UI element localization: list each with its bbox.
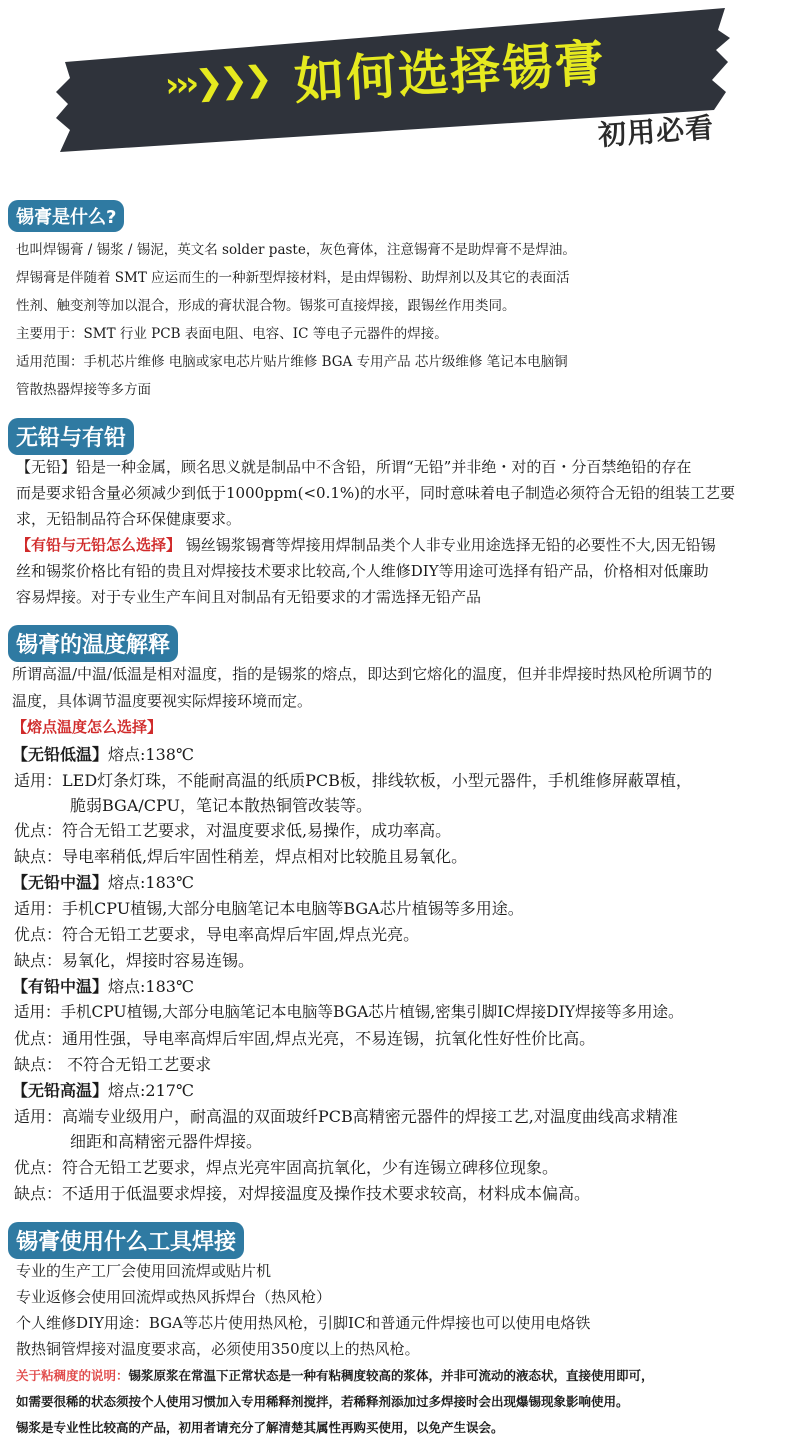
paragraph-line: 而是要求铅含量必须减少到低于1000ppm(<0.1%)的水平，同时意味着电子制… <box>16 482 735 503</box>
grade-pro: 优点：符合无铅工艺要求，导电率高焊后牢固,焊点光亮。 <box>14 922 419 945</box>
con-text: 不符合无铅工艺要求 <box>62 1055 211 1074</box>
use-text: LED灯条灯珠，不能耐高温的纸质PCB板，排线软板，小型元器件，手机维修屏蔽罩植… <box>62 771 692 790</box>
note-label: 关于粘稠度的说明： <box>16 1368 129 1383</box>
paragraph-line: 焊锡膏是伴随着 SMT 应运而生的一种新型焊接材料，是由焊锡粉、助焊剂以及其它的… <box>16 266 570 286</box>
paragraph-line: 管散热器焊接等多方面 <box>16 378 151 398</box>
pro-label: 优点： <box>14 1029 62 1048</box>
grade-use: 适用：LED灯条灯珠，不能耐高温的纸质PCB板，排线软板，小型元器件，手机维修屏… <box>14 768 692 791</box>
paragraph-line: 如需要很稀的状态须按个人使用习惯加入专用稀释剂搅拌，若稀释剂添加过多焊接时会出现… <box>16 1392 629 1410</box>
grade-title: 【无铅中温】熔点:183℃ <box>12 870 194 893</box>
section-heading-tools: 锡膏使用什么工具焊接 <box>8 1222 244 1259</box>
paragraph-line: 适用范围：手机芯片维修 电脑或家电芯片贴片维修 BGA 专用产品 芯片级维修 笔… <box>16 350 568 370</box>
pro-label: 优点： <box>14 1158 62 1177</box>
use-label: 适用： <box>14 1107 62 1126</box>
grade-name: 【无铅低温】 <box>12 745 108 764</box>
con-text: 导电率稍低,焊后牢固性稍差，焊点相对比较脆且易氧化。 <box>62 847 467 866</box>
section-heading-temperature: 锡膏的温度解释 <box>8 625 178 662</box>
paragraph-line: 求，无铅制品符合环保健康要求。 <box>16 508 241 529</box>
use-text: 手机CPU植锡,大部分电脑笔记本电脑等BGA芯片植锡,密集引脚IC焊接DIY焊接… <box>61 1003 684 1021</box>
pro-text: 符合无铅工艺要求，对温度要求低,易操作，成功率高。 <box>62 821 451 840</box>
grade-con: 缺点：不适用于低温要求焊接，对焊接温度及操作技术要求较高，材料成本偏高。 <box>14 1181 590 1204</box>
pro-text: 通用性强，导电率高焊后牢固,焊点光亮，不易连锡，抗氧化性好性价比高。 <box>62 1029 595 1048</box>
paragraph-line: 专业的生产工厂会使用回流焊或贴片机 <box>16 1260 271 1281</box>
paragraph-line: 【有铅与无铅怎么选择】 锡丝锡浆锡膏等焊接用焊制品类个人非专业用途选择无铅的必要… <box>16 534 716 555</box>
grade-title: 【有铅中温】熔点:183℃ <box>12 974 194 997</box>
paragraph-line: 所谓高温/中温/低温是相对温度，指的是锡浆的熔点，即达到它熔化的温度，但并非焊接… <box>12 663 712 684</box>
con-label: 缺点： <box>14 1184 62 1203</box>
paragraph-line: 散热铜管焊接对温度要求高，必须使用350度以上的热风枪。 <box>16 1338 420 1359</box>
grade-pro: 优点：通用性强，导电率高焊后牢固,焊点光亮，不易连锡，抗氧化性好性价比高。 <box>14 1026 595 1049</box>
paragraph-line: 也叫焊锡膏 / 锡浆 / 锡泥，英文名 solder paste，灰色膏体，注意… <box>16 238 576 258</box>
choice-label: 【有铅与无铅怎么选择】 <box>16 536 181 554</box>
melting-point: 熔点:183℃ <box>108 977 194 996</box>
grade-pro: 优点：符合无铅工艺要求，焊点光亮牢固高抗氧化，少有连锡立碑移位现象。 <box>14 1155 558 1178</box>
paragraph-line: 主要用于：SMT 行业 PCB 表面电阻、电容、IC 等电子元器件的焊接。 <box>16 322 448 342</box>
grade-use: 适用：手机CPU植锡,大部分电脑笔记本电脑等BGA芯片植锡等多用途。 <box>14 896 524 919</box>
grade-use-continued: 脆弱BGA/CPU，笔记本散热铜管改装等。 <box>70 793 372 816</box>
chevron-arrows-icon: ›››❯❯❯ <box>164 58 270 105</box>
banner-subtitle: 初用必看 <box>597 106 716 154</box>
viscosity-note: 关于粘稠度的说明：锡浆原浆在常温下正常状态是一种有粘稠度较高的浆体，并非可流动的… <box>16 1366 654 1384</box>
paragraph-line: 专业返修会使用回流焊或热风拆焊台（热风枪） <box>16 1286 331 1307</box>
paragraph-line: 性剂、触变剂等加以混合，形成的膏状混合物。锡浆可直接焊接，跟锡丝作用类同。 <box>16 294 516 314</box>
melting-point: 熔点:217℃ <box>108 1081 194 1100</box>
section-heading-lead-free: 无铅与有铅 <box>8 418 134 455</box>
con-text: 易氧化，焊接时容易连锡。 <box>62 951 254 970</box>
melting-point-choice-label: 【熔点温度怎么选择】 <box>12 716 162 737</box>
pro-label: 优点： <box>14 821 62 840</box>
pro-text: 符合无铅工艺要求，焊点光亮牢固高抗氧化，少有连锡立碑移位现象。 <box>62 1158 558 1177</box>
paragraph-line: 容易焊接。对于专业生产车间且对制品有无铅要求的才需选择无铅产品 <box>16 586 481 607</box>
con-label: 缺点： <box>14 847 62 866</box>
pro-text: 符合无铅工艺要求，导电率高焊后牢固,焊点光亮。 <box>62 925 419 944</box>
grade-title: 【无铅高温】熔点:217℃ <box>12 1078 194 1101</box>
melting-point: 熔点:138℃ <box>108 745 194 764</box>
use-text: 手机CPU植锡,大部分电脑笔记本电脑等BGA芯片植锡等多用途。 <box>62 899 524 918</box>
paragraph-line: 锡浆是专业性比较高的产品，初用者请充分了解清楚其属性再购买使用，以免产生误会。 <box>16 1418 504 1436</box>
use-label: 适用： <box>14 1003 61 1021</box>
con-text: 不适用于低温要求焊接，对焊接温度及操作技术要求较高，材料成本偏高。 <box>62 1184 590 1203</box>
use-text: 高端专业级用户，耐高温的双面玻纤PCB高精密元器件的焊接工艺,对温度曲线高求精准 <box>62 1107 678 1126</box>
grade-title: 【无铅低温】熔点:138℃ <box>12 742 194 765</box>
pro-label: 优点： <box>14 925 62 944</box>
grade-use: 适用：手机CPU植锡,大部分电脑笔记本电脑等BGA芯片植锡,密集引脚IC焊接DI… <box>14 1000 683 1022</box>
grade-pro: 优点：符合无铅工艺要求，对温度要求低,易操作，成功率高。 <box>14 818 451 841</box>
grade-name: 【无铅中温】 <box>12 873 108 892</box>
grade-name: 【有铅中温】 <box>12 977 108 996</box>
paragraph-line: 温度，具体调节温度要视实际焊接环境而定。 <box>12 690 312 711</box>
grade-con: 缺点： 不符合无铅工艺要求 <box>14 1052 211 1075</box>
use-label: 适用： <box>14 771 62 790</box>
grade-con: 缺点：导电率稍低,焊后牢固性稍差，焊点相对比较脆且易氧化。 <box>14 844 467 867</box>
con-label: 缺点： <box>14 1055 62 1074</box>
grade-use: 适用：高端专业级用户，耐高温的双面玻纤PCB高精密元器件的焊接工艺,对温度曲线高… <box>14 1104 678 1127</box>
note-text: 锡浆原浆在常温下正常状态是一种有粘稠度较高的浆体，并非可流动的液态状，直接使用即… <box>129 1368 654 1383</box>
section-heading-what-is: 锡膏是什么? <box>8 200 124 232</box>
con-label: 缺点： <box>14 951 62 970</box>
use-label: 适用： <box>14 899 62 918</box>
paragraph-line: 【无铅】铅是一种金属，顾名思义就是制品中不含铅，所谓“无铅”并非绝・对的百・分百… <box>16 456 691 477</box>
melting-point: 熔点:183℃ <box>108 873 194 892</box>
choice-text: 锡丝锡浆锡膏等焊接用焊制品类个人非专业用途选择无铅的必要性不大,因无铅锡 <box>186 536 716 554</box>
paragraph-line: 个人维修DIY用途：BGA等芯片使用热风枪，引脚IC和普通元件焊接也可以使用电烙… <box>16 1312 590 1333</box>
title-banner: ›››❯❯❯ 如何选择锡膏 初用必看 <box>0 0 800 180</box>
grade-name: 【无铅高温】 <box>12 1081 108 1100</box>
paragraph-line: 丝和锡浆价格比有铅的贵且对焊接技术要求比较高,个人维修DIY等用途可选择有铅产品… <box>16 560 709 581</box>
grade-con: 缺点：易氧化，焊接时容易连锡。 <box>14 948 254 971</box>
grade-use-continued: 细距和高精密元器件焊接。 <box>70 1129 262 1152</box>
